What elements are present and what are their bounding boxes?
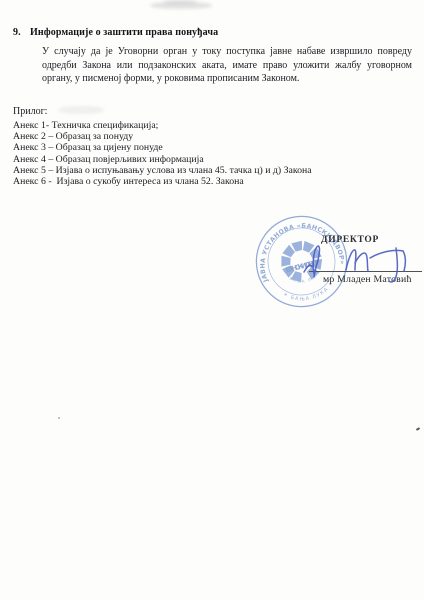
attachment-item: Анекс 4 – Образац повјерљивих информациј…	[13, 154, 413, 165]
section-title: Информације о заштити права понуђача	[30, 27, 218, 38]
scan-speck	[58, 417, 60, 419]
attachment-item: Анекс 5 – Изјава о испуњавању услова из …	[13, 165, 413, 176]
attachment-item: Анекс 2 – Образац за понуду	[13, 131, 413, 142]
section-heading: 9. Информације о заштити права понуђача	[13, 27, 413, 38]
handwritten-signature	[296, 236, 424, 290]
attachment-item: Анекс 6 - Изјава о сукобу интереса из чл…	[13, 176, 413, 187]
attachment-item: Анекс 3 – Образац за цијену понуде	[13, 142, 413, 153]
body-paragraph: У случају да је Уговорни орган у току по…	[42, 45, 412, 86]
section-number: 9.	[13, 27, 30, 38]
scan-smudge	[58, 106, 104, 114]
attachment-item: Анекс 1- Техничка спецификација;	[13, 120, 413, 131]
scanned-document-page: 9. Информације о заштити права понуђача …	[0, 0, 424, 600]
scan-smudge	[163, 0, 197, 4]
scan-speck	[416, 427, 420, 431]
attachments-label: Прилог:	[13, 106, 47, 117]
attachments-list: Анекс 1- Техничка спецификација; Анекс 2…	[13, 120, 413, 187]
